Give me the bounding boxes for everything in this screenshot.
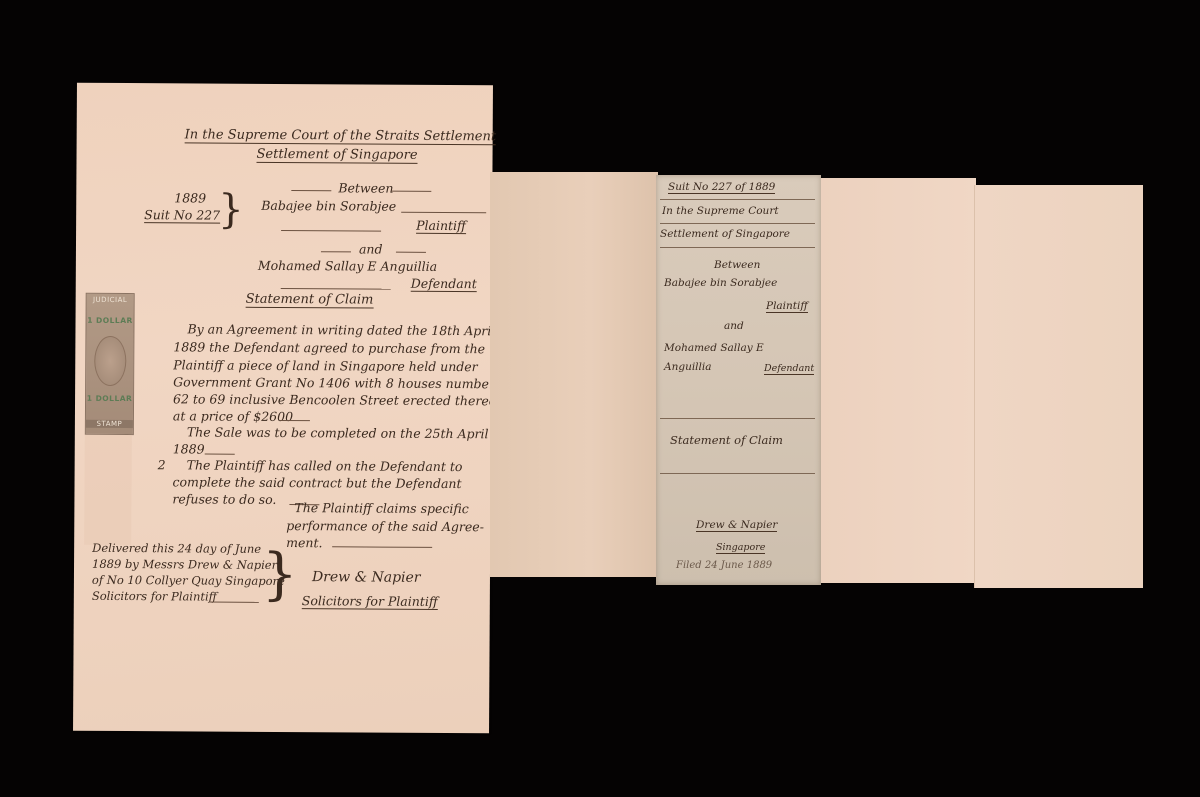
defendant-label: Defendant: [411, 276, 477, 292]
divider: [280, 420, 310, 421]
stamp-shadow: [84, 435, 132, 545]
court-heading-line2: Settlement of Singapore: [256, 147, 417, 164]
cover-between: Between: [714, 259, 760, 271]
signature-role: Solicitors for Plaintiff: [302, 593, 438, 610]
divider: [291, 190, 331, 191]
plaintiff-label: Plaintiff: [416, 218, 466, 234]
divider: [660, 473, 815, 474]
delivery-note-line: 1889 by Messrs Drew & Napier: [92, 557, 277, 572]
cover-defendant-name-2: Anguillia: [664, 361, 712, 373]
claim-line: Plaintiff a piece of land in Singapore h…: [173, 357, 478, 374]
stamp-bottom-label: STAMP: [86, 420, 133, 428]
defendant-name: Mohamed Sallay E Anguillia: [258, 258, 437, 274]
section-title: Statement of Claim: [246, 292, 374, 309]
divider: [281, 288, 391, 290]
brace-icon: }: [262, 542, 298, 607]
cover-plaintiff-label: Plaintiff: [766, 300, 808, 313]
claim-line: 62 to 69 inclusive Bencoolen Street erec…: [173, 391, 504, 408]
divider: [281, 230, 381, 232]
cover-and: and: [724, 320, 744, 332]
divider: [660, 418, 815, 419]
judicial-stamp: JUDICIAL 1 DOLLAR 1 DOLLAR STAMP: [85, 293, 135, 435]
fold-panel-4: [974, 185, 1143, 588]
claim-line: By an Agreement in writing dated the 18t…: [187, 321, 495, 338]
cover-plaintiff-name: Babajee bin Sorabjee: [664, 277, 777, 289]
claim-line: Government Grant No 1406 with 8 houses n…: [173, 374, 510, 391]
divider: [332, 546, 432, 548]
divider: [660, 199, 815, 200]
delivery-note-line: Delivered this 24 day of June: [92, 541, 261, 556]
stamp-value-bottom: 1 DOLLAR: [86, 394, 133, 403]
cover-defendant-label: Defendant: [764, 363, 814, 375]
claim-line: The Sale was to be completed on the 25th…: [187, 424, 489, 441]
solicitor-signature: Drew & Napier: [312, 569, 421, 586]
divider: [401, 212, 486, 214]
court-heading-line1: In the Supreme Court of the Straits Sett…: [185, 127, 497, 145]
paragraph-line: The Plaintiff has called on the Defendan…: [187, 457, 463, 474]
cover-court-line2: Settlement of Singapore: [660, 228, 790, 240]
stamp-portrait-icon: [94, 336, 126, 386]
suit-year: 1889: [174, 190, 206, 205]
brace-icon: }: [218, 187, 244, 233]
divider: [396, 252, 426, 253]
cover-panel: Suit No 227 of 1889 In the Supreme Court…: [656, 175, 821, 585]
cover-suit-number: Suit No 227 of 1889: [668, 181, 775, 194]
relief-line: performance of the said Agree-: [286, 518, 484, 534]
statement-of-claim-page: In the Supreme Court of the Straits Sett…: [73, 83, 493, 734]
divider: [321, 251, 351, 252]
paragraph-line: refuses to do so.: [172, 491, 276, 507]
cover-filed-date: Filed 24 June 1889: [676, 560, 772, 571]
paragraph-number: 2: [158, 457, 166, 472]
delivery-note-line: Solicitors for Plaintiff: [92, 589, 217, 604]
fold-panel-1: [490, 172, 658, 577]
divider: [660, 247, 815, 248]
fold-panel-3: [816, 178, 976, 583]
and-label: and: [359, 241, 383, 256]
delivery-note-line: of No 10 Collyer Quay Singapore: [92, 573, 285, 588]
relief-line: The Plaintiff claims specific: [294, 500, 468, 516]
claim-line: 1889 the Defendant agreed to purchase fr…: [173, 339, 485, 356]
divider: [205, 454, 235, 455]
paragraph-line: complete the said contract but the Defen…: [173, 474, 462, 491]
divider: [391, 191, 431, 192]
folded-cover-document: Suit No 227 of 1889 In the Supreme Court…: [490, 170, 1142, 590]
cover-defendant-name-1: Mohamed Sallay E: [664, 342, 764, 354]
stamp-value-top: 1 DOLLAR: [87, 316, 134, 325]
stamp-top-label: JUDICIAL: [87, 296, 134, 304]
suit-number: Suit No 227: [144, 207, 220, 223]
cover-solicitor: Drew & Napier: [696, 519, 777, 532]
plaintiff-name: Babajee bin Sorabjee: [261, 198, 396, 214]
cover-title: Statement of Claim: [670, 433, 783, 447]
between-label: Between: [338, 180, 393, 195]
claim-line: at a price of $2600: [173, 408, 293, 424]
cover-city: Singapore: [716, 542, 765, 554]
claim-line: 1889: [173, 441, 205, 456]
divider: [660, 223, 815, 224]
cover-court-line1: In the Supreme Court: [662, 205, 779, 217]
